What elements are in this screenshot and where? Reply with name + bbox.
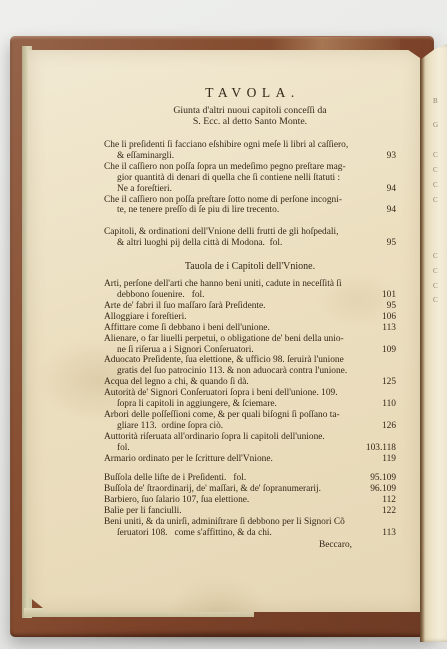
entry-page-number: 103.118 — [360, 443, 396, 454]
toc-entry-line: Auttorità riſeruata all'ordinario ſopra … — [104, 432, 396, 443]
toc-subtitle-line: Giunta d'altri nuoui capitoli conceſſi d… — [104, 105, 396, 116]
fore-edge-mark: C — [433, 182, 438, 189]
toc-group-giunta: Che li preſidenti ſi facciano eſshibire … — [104, 140, 396, 216]
entry-page-number: 119 — [376, 454, 396, 465]
toc-entry-line: gratis del ſuo patrocinio 113. & non adu… — [104, 366, 396, 377]
entry-page-number: 126 — [376, 421, 396, 432]
entry-text: fol. — [104, 443, 130, 454]
toc-entry-line: Che il caſſiero non poſſa ſopra un medeſ… — [104, 162, 396, 173]
toc-entry-line: Armario ordinato per le ſcritture dell'V… — [104, 454, 396, 465]
toc-entry-line: Acqua del legno a chi, & quando ſi dà.12… — [104, 377, 396, 388]
entry-page-number: 101 — [376, 290, 396, 301]
entry-page-number: 96.109 — [364, 484, 396, 495]
fore-edge-mark: C — [433, 283, 438, 290]
fore-edge-mark: C — [433, 197, 438, 204]
toc-group-unione-b: Buſſola delle liſte de i Preſidenti. fol… — [104, 473, 396, 538]
toc-entry-line: Alienare, o far liuelli perpetui, o obli… — [104, 334, 396, 345]
toc-entry-line: Beni uniti, & da unirſi, adminiſtrare ſi… — [104, 517, 396, 528]
toc-entry-line: Che li preſidenti ſi facciano eſshibire … — [104, 140, 396, 151]
toc-title: TAVOLA. — [104, 86, 396, 100]
entry-text: gior quantità di denari di quella che ſi… — [104, 173, 340, 184]
fore-edge-mark: B — [433, 98, 438, 105]
entry-text: Affittare come ſi debbano i beni dell'un… — [104, 323, 270, 334]
fore-edge-mark: C — [433, 167, 438, 174]
entry-text: Aduocato Preſidente, ſua elettione, & uf… — [104, 355, 344, 366]
entry-text: Auttorità riſeruata all'ordinario ſopra … — [104, 432, 325, 443]
toc-text-column: TAVOLA. Giunta d'altri nuoui capitoli co… — [104, 86, 396, 551]
entry-text: Barbiero, ſuo ſalario 107, ſua elettione… — [104, 495, 249, 506]
entry-text: Balie per li fanciulli. — [104, 506, 182, 517]
entry-text: Arte de' fabri il ſuo maſſaro ſarà Preſi… — [104, 301, 266, 312]
toc-entry-line: gliare 113. ordine ſopra ciò.126 — [104, 421, 396, 432]
entry-text: debbono ſouenire. fol. — [104, 290, 204, 301]
entry-page-number: 95.109 — [364, 473, 396, 484]
entry-page-number: 112 — [376, 495, 396, 506]
entry-text: Alloggiare i foreſtieri. — [104, 312, 187, 323]
cover-top-sheen — [270, 37, 400, 51]
book-shadow — [18, 632, 430, 642]
entry-text: ne ſi riſerua a i Signori Conſeruatori. — [104, 345, 254, 356]
toc-entry-line: ſeruatori 108. come s'affittino, & da ch… — [104, 528, 396, 539]
toc-entry-line: debbono ſouenire. fol.101 — [104, 290, 396, 301]
entry-text: Buſſola delle liſte de i Preſidenti. fol… — [104, 473, 246, 484]
entry-page-number: 122 — [376, 506, 396, 517]
entry-text: Acqua del legno a chi, & quando ſi dà. — [104, 377, 249, 388]
toc-entry-line: & eſſaminargli.93 — [104, 151, 396, 162]
entry-page-number: 113 — [376, 323, 396, 334]
toc-subtitle: Giunta d'altri nuoui capitoli conceſſi d… — [104, 105, 396, 127]
section-heading: Tauola de i Capitoli dell'Vnione. — [104, 262, 396, 273]
entry-text: Ne a foreſtieri. — [104, 184, 172, 195]
fore-edge-mark: C — [433, 253, 438, 260]
entry-text: Arti, perſone dell'arti che hanno beni u… — [104, 279, 342, 290]
toc-entry-line: Arti, perſone dell'arti che hanno beni u… — [104, 279, 396, 290]
toc-entry-line: Buſſola de' ſtraordinarij, de' maſſari, … — [104, 484, 396, 495]
entry-text: Alienare, o far liuelli perpetui, o obli… — [104, 334, 344, 345]
toc-entry-line: Balie per li fanciulli.122 — [104, 506, 396, 517]
entry-text: Che il caſſiero non poſſa ſopra un medeſ… — [104, 162, 346, 173]
toc-entry-line: Che il caſſiero non poſſa preſtare ſotto… — [104, 195, 396, 206]
entry-page-number: 110 — [376, 399, 396, 410]
entry-text: Beni uniti, & da unirſi, adminiſtrare ſi… — [104, 517, 345, 528]
entry-text: gliare 113. ordine ſopra ciò. — [104, 421, 223, 432]
entry-text: Che li preſidenti ſi facciano eſshibire … — [104, 140, 348, 151]
fore-edge-mark: C — [433, 297, 438, 304]
toc-entry-line: gior quantità di denari di quella che ſi… — [104, 173, 396, 184]
toc-entry-line: Affittare come ſi debbano i beni dell'un… — [104, 323, 396, 334]
toc-entry-line: Buſſola delle liſte de i Preſidenti. fol… — [104, 473, 396, 484]
catchword: Beccaro, — [104, 540, 396, 551]
entry-page-number: 94 — [381, 205, 396, 216]
toc-entry-line: Capitoli, & ordinationi dell'Vnione dell… — [104, 227, 396, 238]
entry-text: ſeruatori 108. come s'affittino, & da ch… — [104, 528, 272, 539]
toc-entry-line: Aduocato Preſidente, ſua elettione, & uf… — [104, 355, 396, 366]
entry-page-number: 113 — [376, 528, 396, 539]
entry-page-number: 109 — [376, 345, 396, 356]
toc-entry-line: Ne a foreſtieri.94 — [104, 184, 396, 195]
fore-edge-pages: BGCCCCCCCC — [420, 44, 447, 642]
fore-edge-mark: C — [433, 268, 438, 275]
entry-text: & eſſaminargli. — [104, 151, 174, 162]
toc-entry-line: te, ne tenere preſſo di ſe piu di lire t… — [104, 205, 396, 216]
toc-entry-line: & altri luoghi pij della città di Modona… — [104, 238, 396, 249]
toc-entry-line: ne ſi riſerua a i Signori Conſeruatori.1… — [104, 345, 396, 356]
entry-page-number: 106 — [376, 312, 396, 323]
toc-entry-line: Arte de' fabri il ſuo maſſaro ſarà Preſi… — [104, 301, 396, 312]
fore-edge-mark: C — [433, 152, 438, 159]
entry-text: Buſſola de' ſtraordinarij, de' maſſari, … — [104, 484, 321, 495]
entry-page-number: 125 — [376, 377, 396, 388]
entry-text: Capitoli, & ordinationi dell'Vnione dell… — [104, 227, 338, 238]
entry-text: Autorità de' Signori Conſeruatori ſopra … — [104, 388, 338, 399]
toc-entry-line: Autorità de' Signori Conſeruatori ſopra … — [104, 388, 396, 399]
entry-text: Arbori delle poſſeſſioni come, & per qua… — [104, 410, 340, 421]
toc-entry-line: Alloggiare i foreſtieri.106 — [104, 312, 396, 323]
entry-text: Armario ordinato per le ſcritture dell'V… — [104, 454, 273, 465]
toc-entry-line: fol.103.118 — [104, 443, 396, 454]
entry-page-number: 94 — [381, 184, 396, 195]
entry-text: gratis del ſuo patrocinio 113. & non adu… — [104, 366, 347, 377]
book-page: TAVOLA. Giunta d'altri nuoui capitoli co… — [28, 50, 420, 612]
toc-entry-line: ſopra li capitoli in aggiungere, & ſciem… — [104, 399, 396, 410]
toc-subtitle-line: S. Ecc. al detto Santo Monte. — [104, 116, 396, 127]
entry-page-number: 95 — [381, 238, 396, 249]
entry-text: ſopra li capitoli in aggiungere, & ſciem… — [104, 399, 277, 410]
toc-group-unione-a: Arti, perſone dell'arti che hanno beni u… — [104, 279, 396, 464]
entry-text: te, ne tenere preſſo di ſe piu di lire t… — [104, 205, 279, 216]
entry-page-number: 93 — [381, 151, 396, 162]
fore-edge-mark: G — [433, 122, 438, 129]
entry-text: & altri luoghi pij della città di Modona… — [104, 238, 282, 249]
entry-page-number: 95 — [381, 301, 396, 312]
toc-group-capitoli: Capitoli, & ordinationi dell'Vnione dell… — [104, 227, 396, 249]
toc-entry-line: Arbori delle poſſeſſioni come, & per qua… — [104, 410, 396, 421]
entry-text: Che il caſſiero non poſſa preſtare ſotto… — [104, 195, 342, 206]
toc-entry-line: Barbiero, ſuo ſalario 107, ſua elettione… — [104, 495, 396, 506]
